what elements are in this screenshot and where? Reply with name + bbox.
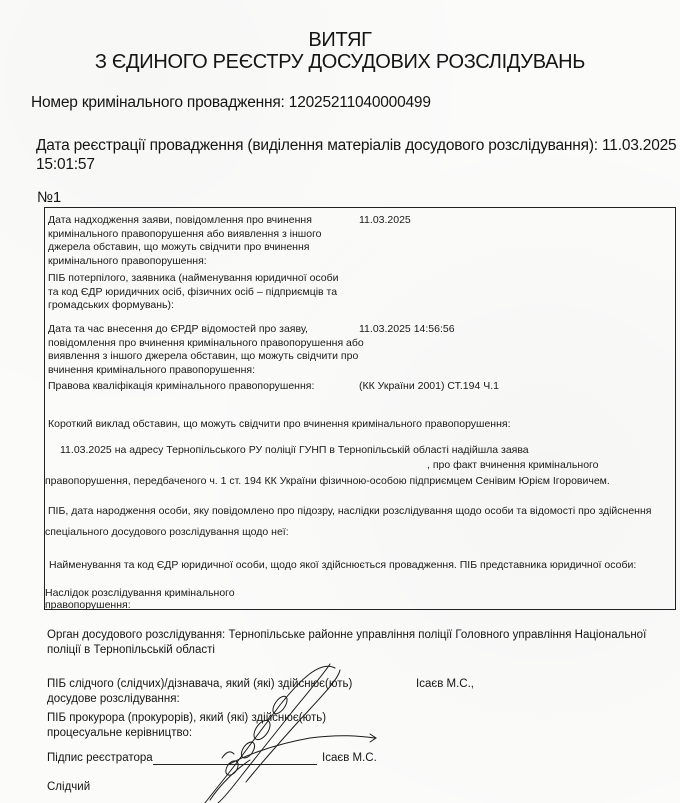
investigator-label: ПІБ слідчого (слідчих)/дізнавача, який (… bbox=[47, 677, 352, 707]
label-line: Дата надходження заяви, повідомлення про… bbox=[48, 214, 322, 228]
investigation-body: Орган досудового розслідування: Тернопіл… bbox=[47, 628, 646, 658]
summary-line-1: 11.03.2025 на адресу Тернопільського РУ … bbox=[60, 444, 529, 458]
label-line: ПІБ потерпілого, заявника (найменування … bbox=[48, 272, 339, 286]
document-title: ВИТЯГ bbox=[0, 29, 680, 52]
prosecutor-label: ПІБ прокурора (прокурорів), який (які) з… bbox=[47, 711, 326, 741]
victim-label: ПІБ потерпілого, заявника (найменування … bbox=[48, 272, 339, 313]
organ-line: Орган досудового розслідування: Тернопіл… bbox=[47, 628, 646, 643]
label-line: Наслідок розслідування кримінального bbox=[45, 587, 235, 599]
case-number: Номер кримінального провадження: 1202521… bbox=[31, 94, 431, 112]
registration-date-line1: Дата реєстрації провадження (виділення м… bbox=[36, 136, 676, 155]
label-line: громадських формувань): bbox=[48, 299, 339, 313]
entry-number: №1 bbox=[37, 189, 61, 206]
label-line: виявлення з іншого джерела обставин, що … bbox=[48, 350, 364, 364]
label-line: ПІБ слідчого (слідчих)/дізнавача, який (… bbox=[47, 677, 352, 692]
label-line: повідомлення про вчинення кримінального … bbox=[48, 337, 364, 351]
qualification-label: Правова кваліфікація кримінального право… bbox=[48, 380, 314, 394]
document-page: ВИТЯГ З ЄДИНОГО РЕЄСТРУ ДОСУДОВИХ РОЗСЛІ… bbox=[0, 0, 680, 803]
receipt-date-value: 11.03.2025 bbox=[359, 214, 411, 228]
entry-datetime-label: Дата та час внесення до ЄРДР відомостей … bbox=[48, 323, 364, 377]
suspect-label-line2: спеціального досудового розслідування що… bbox=[45, 526, 289, 540]
registrar-name: Ісаєв М.С. bbox=[322, 751, 377, 766]
label-line: правопорушення: bbox=[45, 599, 235, 611]
investigator-name: Ісаєв М.С., bbox=[416, 677, 474, 692]
legal-entity-label: Найменування та код ЄДР юридичної особи,… bbox=[49, 559, 636, 573]
result-label: Наслідок розслідування кримінального пра… bbox=[45, 587, 235, 611]
label-line: ПІБ прокурора (прокурорів), який (які) з… bbox=[47, 711, 326, 726]
receipt-date-label: Дата надходження заяви, повідомлення про… bbox=[48, 214, 322, 268]
investigator-title: Слідчий bbox=[47, 780, 90, 795]
label-line: вчинення кримінального правопорушення: bbox=[48, 364, 364, 378]
summary-line-3: правопорушення, передбаченого ч. 1 ст. 1… bbox=[45, 475, 610, 489]
label-line: кримінального правопорушення: bbox=[48, 255, 322, 269]
entry-datetime-value: 11.03.2025 14:56:56 bbox=[359, 323, 455, 337]
summary-label: Короткий виклад обставин, що можуть свід… bbox=[48, 418, 511, 432]
label-line: джерела обставин, що можуть свідчити про… bbox=[48, 241, 322, 255]
label-line: кримінального правопорушення або виявлен… bbox=[48, 228, 322, 242]
label-line: Дата та час внесення до ЄРДР відомостей … bbox=[48, 323, 364, 337]
signature-line bbox=[153, 764, 317, 765]
entry-table: Дата надходження заяви, повідомлення про… bbox=[44, 207, 676, 610]
suspect-label-line1: ПІБ, дата народження особи, яку повідомл… bbox=[48, 505, 651, 519]
registration-date-line2: 15:01:57 bbox=[36, 155, 676, 174]
registrar-signature-label: Підпис реєстратора bbox=[47, 751, 153, 766]
registration-date: Дата реєстрації провадження (виділення м… bbox=[36, 136, 676, 174]
document-subtitle: З ЄДИНОГО РЕЄСТРУ ДОСУДОВИХ РОЗСЛІДУВАНЬ bbox=[0, 51, 680, 74]
organ-line: поліції в Тернопільській області bbox=[47, 643, 646, 658]
label-line: процесуальне керівництво: bbox=[47, 726, 326, 741]
label-line: та код ЄДР юридичних осіб, фізичних осіб… bbox=[48, 286, 339, 300]
summary-line-2: , про факт вчинення кримінального bbox=[427, 459, 598, 473]
qualification-value: (КК України 2001) СТ.194 Ч.1 bbox=[359, 380, 499, 394]
label-line: досудове розслідування: bbox=[47, 692, 352, 707]
